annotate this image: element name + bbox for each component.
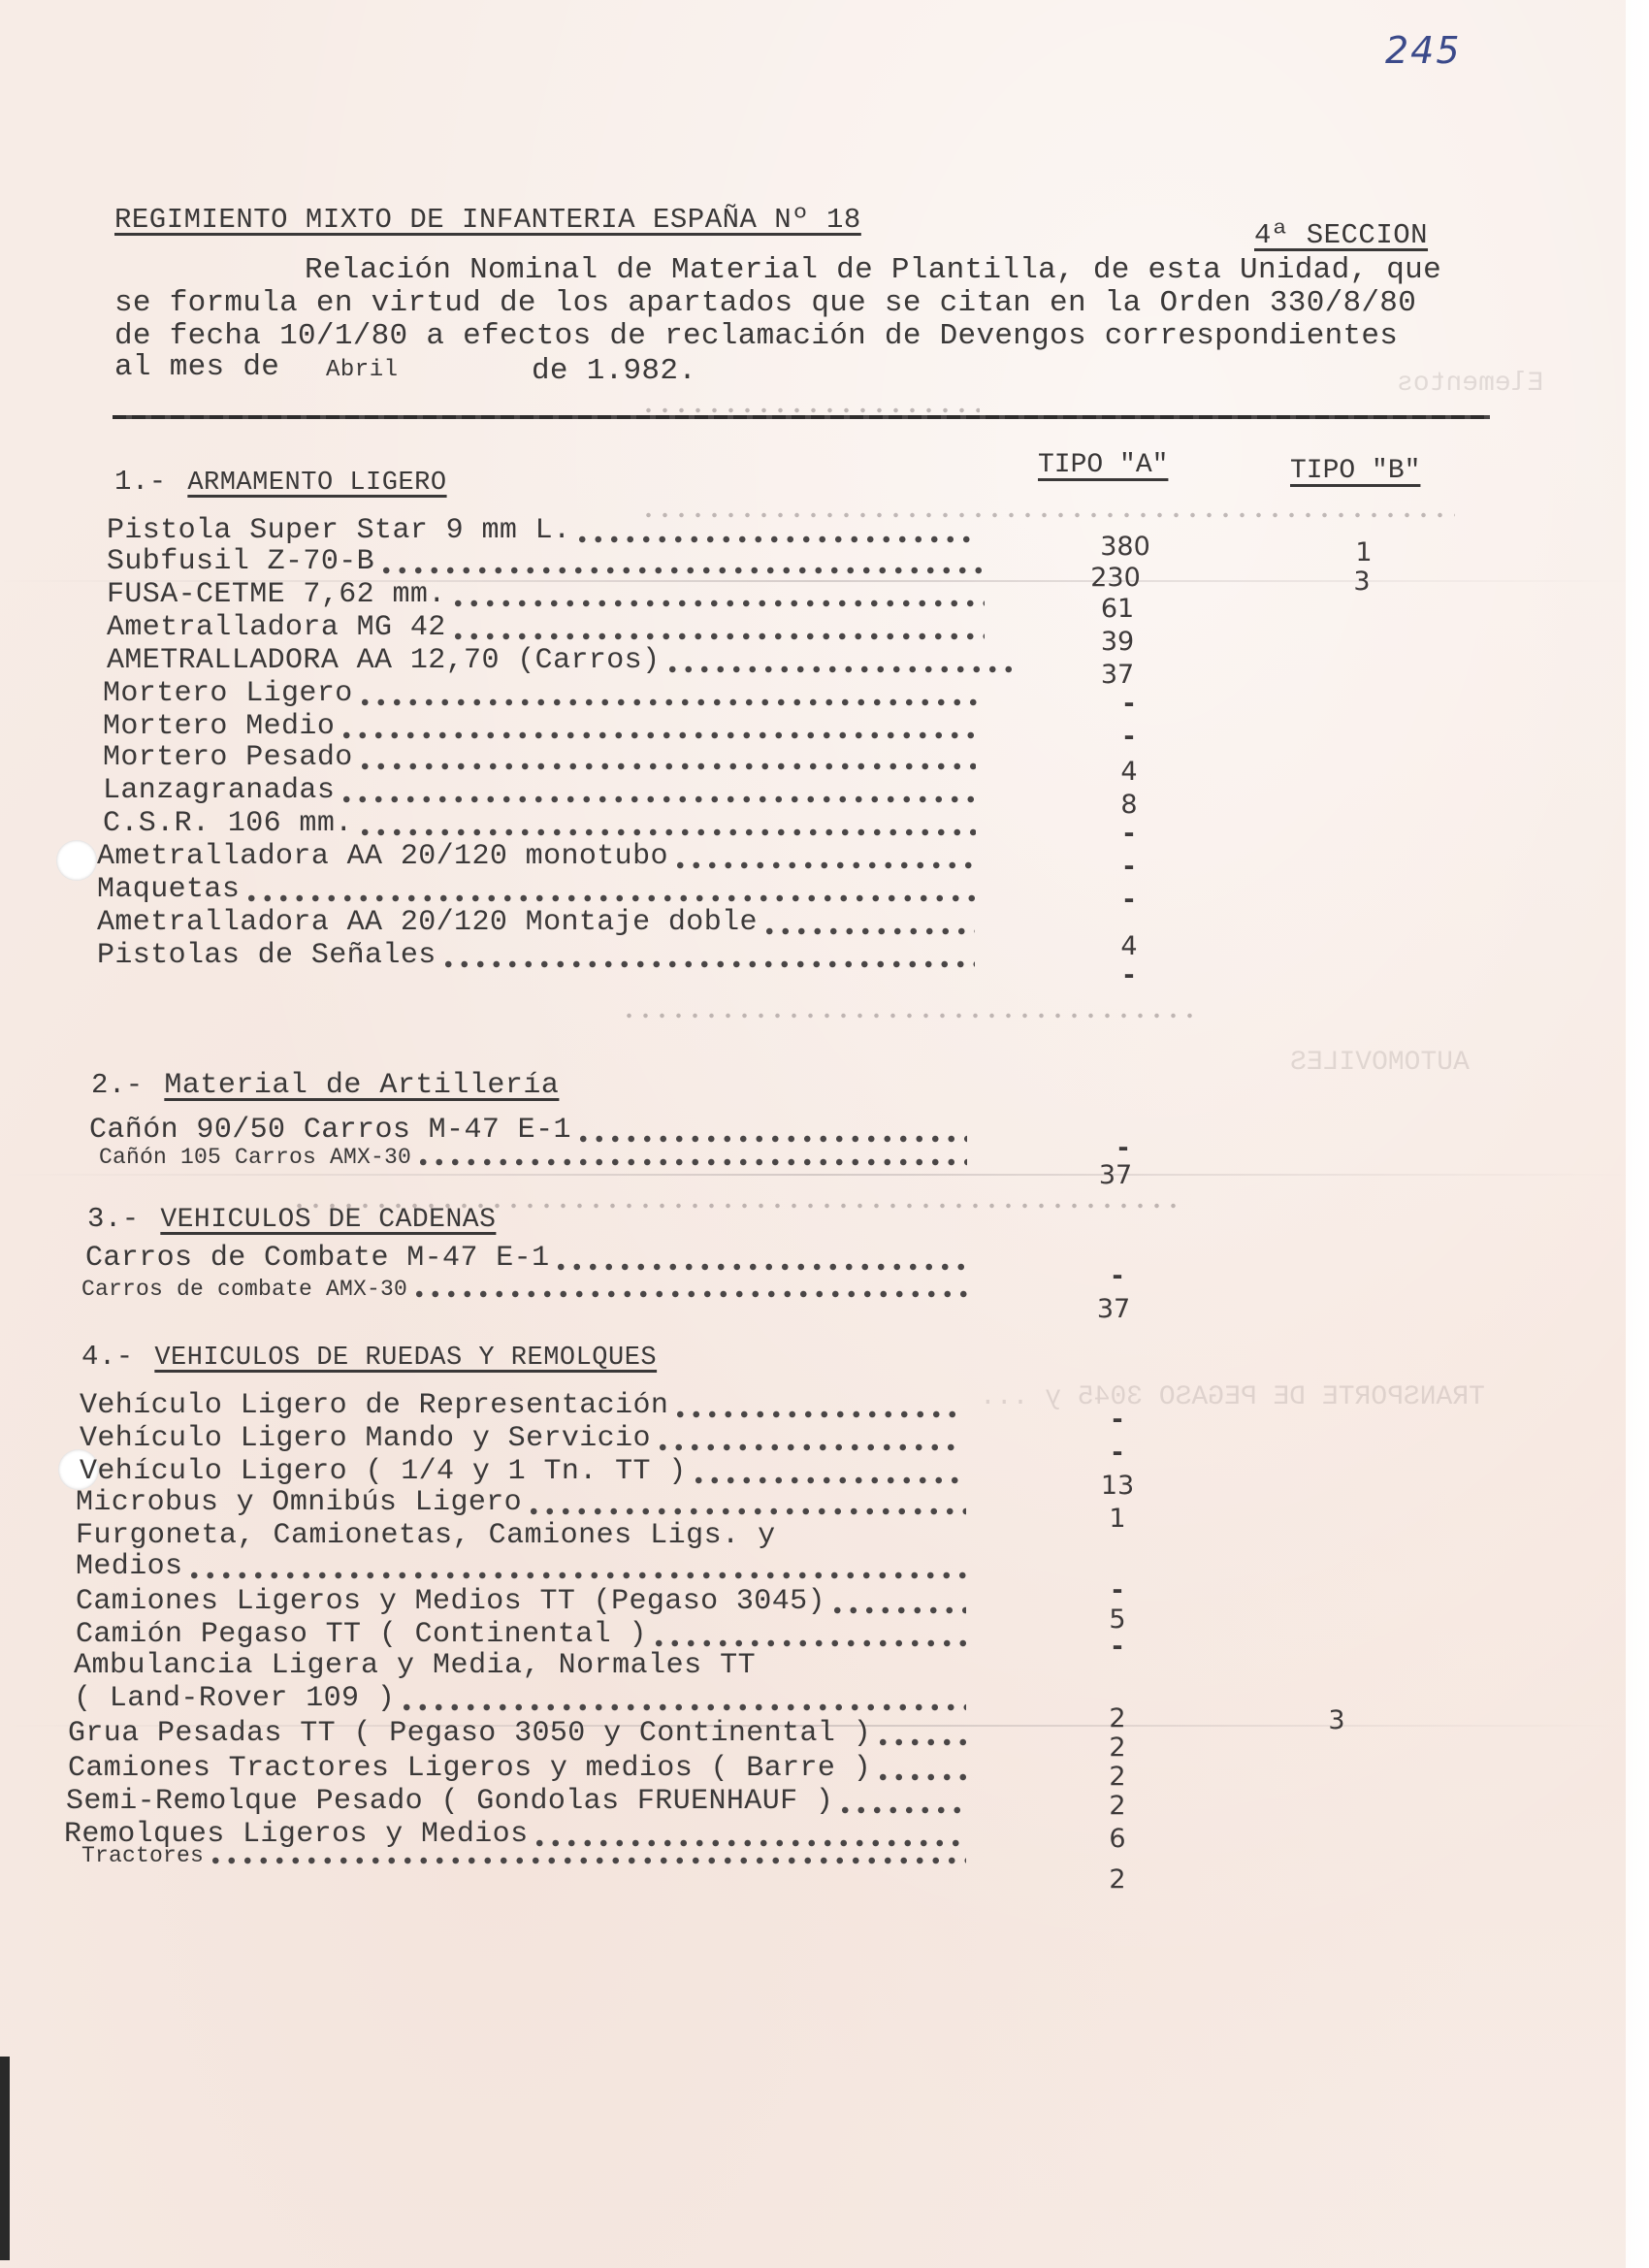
dot-leader (357, 762, 976, 770)
intro-line-2: se formula en virtud de los apartados qu… (114, 287, 1416, 320)
item-label: Grua Pesadas TT ( Pegaso 3050 y Continen… (68, 1717, 871, 1750)
item-label: Camión Pegaso TT ( Continental ) (76, 1618, 647, 1651)
tipo-a-value: - (1090, 960, 1168, 990)
item-label: FUSA-CETME 7,62 mm. (107, 578, 446, 611)
tipo-a-value: - (1090, 885, 1168, 915)
table-row: Vehículo Ligero Mando y Servicio (80, 1422, 960, 1455)
section-title: ARMAMENTO LIGERO (187, 469, 446, 498)
dot-leader (357, 828, 976, 836)
table-row-line1: Ambulancia Ligera y Media, Normales TT (74, 1649, 756, 1682)
dot-leader (339, 731, 976, 739)
item-label: Microbus y Omnibús Ligero (76, 1486, 522, 1519)
item-label: Ametralladora AA 20/120 monotubo (97, 840, 668, 873)
section-title: VEHICULOS DE RUEDAS Y REMOLQUES (154, 1344, 657, 1373)
table-row: Camiones Tractores Ligeros y medios ( Ba… (68, 1752, 966, 1785)
dot-leader (357, 698, 981, 706)
table-row: Semi-Remolque Pesado ( Gondolas FRUENHAU… (66, 1785, 966, 1818)
item-label: Vehículo Ligero ( 1/4 y 1 Tn. TT ) (80, 1455, 687, 1488)
dot-leader (243, 894, 975, 902)
item-label: Maquetas (97, 873, 240, 906)
table-row: Ametralladora MG 42 (107, 611, 985, 644)
dot-leader (450, 632, 985, 640)
dot-leader (526, 1507, 966, 1515)
tipo-a-value: - (1090, 852, 1168, 882)
tipo-a-value: 2 (1079, 1733, 1156, 1763)
tipo-a-value: 37 (1075, 1294, 1152, 1324)
section-number: 4.- (81, 1341, 134, 1373)
intro-line-3: de fecha 10/1/80 a efectos de reclamació… (114, 320, 1398, 353)
item-label: Tractores (81, 1843, 204, 1868)
table-row: FUSA-CETME 7,62 mm. (107, 578, 985, 611)
item-label: Furgoneta, Camionetas, Camiones Ligs. y (76, 1519, 776, 1552)
intro-month: Abril (326, 357, 399, 383)
header-divider (113, 415, 1490, 419)
dotted-line (621, 1013, 1193, 1019)
section-number: 2.- (91, 1069, 144, 1101)
dot-leader (378, 567, 985, 574)
table-row: Camión Pegaso TT ( Continental ) (76, 1618, 966, 1651)
intro-line-1: Relación Nominal de Material de Plantill… (305, 254, 1441, 287)
tipo-a-value: 380 (1086, 532, 1164, 562)
item-label: Cañón 90/50 Carros M-47 E-1 (89, 1114, 571, 1147)
dot-leader (575, 1135, 967, 1143)
tipo-a-value: - (1090, 722, 1168, 752)
tipo-a-value: 2 (1079, 1864, 1156, 1895)
section-1-heading: 1.- ARMAMENTO LIGERO (114, 466, 447, 498)
item-label: Vehículo Ligero de Representación (80, 1389, 668, 1422)
dot-leader (875, 1738, 966, 1746)
scan-edge (0, 2057, 10, 2260)
dot-leader (411, 1290, 968, 1298)
item-label: Cañón 105 Carros AMX-30 (99, 1145, 411, 1170)
section-title: VEHICULOS DE CADENAS (160, 1205, 496, 1235)
dot-leader (655, 1443, 960, 1451)
table-row: Carros de Combate M-47 E-1 (85, 1242, 968, 1275)
table-row-line1: Furgoneta, Camionetas, Camiones Ligs. y (76, 1519, 776, 1552)
item-label: Mortero Ligero (103, 677, 353, 710)
item-label: Medios (76, 1550, 182, 1583)
page-edge (1626, 0, 1649, 2268)
item-label: Ametralladora MG 42 (107, 611, 446, 644)
dot-leader (672, 861, 975, 869)
table-row: Medios (76, 1550, 966, 1583)
tipo-a-value: - (1079, 1438, 1156, 1468)
table-row: ( Land-Rover 109 ) (74, 1682, 966, 1715)
item-label: AMETRALLADORA AA 12,70 (Carros) (107, 644, 661, 677)
tipo-a-value: - (1090, 819, 1168, 849)
dot-leader (664, 665, 1015, 673)
tipo-a-value: 230 (1077, 563, 1154, 593)
tipo-a-value: 2 (1079, 1762, 1156, 1792)
item-label: Carros de combate AMX-30 (81, 1277, 407, 1302)
dot-leader (672, 1410, 960, 1418)
tipo-a-value: - (1079, 1261, 1156, 1291)
section-title: Material de Artillería (164, 1069, 559, 1102)
tipo-a-value: 37 (1079, 660, 1156, 690)
tipo-a-value: - (1084, 1133, 1162, 1163)
tipo-a-value: 6 (1079, 1824, 1156, 1854)
item-label: Vehículo Ligero Mando y Servicio (80, 1422, 651, 1455)
table-row: C.S.R. 106 mm. (103, 807, 976, 840)
item-label: Pistola Super Star 9 mm L. (107, 514, 570, 547)
dot-leader (691, 1476, 965, 1484)
item-label: Ametralladora AA 20/120 Montaje doble (97, 906, 758, 939)
item-label: Lanzagranadas (103, 774, 335, 807)
unit-title: REGIMIENTO MIXTO DE INFANTERIA ESPAÑA Nº… (114, 204, 861, 236)
dot-leader (574, 535, 970, 543)
tipo-a-value: 2 (1079, 1791, 1156, 1821)
dot-leader (450, 599, 985, 607)
tipo-a-value: 61 (1079, 594, 1156, 624)
table-row: Vehículo Ligero de Representación (80, 1389, 960, 1422)
intro-year: de 1.982. (532, 355, 696, 388)
dot-leader (399, 1703, 966, 1711)
item-label: Camiones Tractores Ligeros y medios ( Ba… (68, 1752, 871, 1785)
tipo-a-value: - (1079, 1632, 1156, 1662)
table-row: Pistola Super Star 9 mm L. (107, 514, 970, 547)
tipo-b-value: 3 (1298, 1705, 1375, 1735)
dot-leader (208, 1857, 966, 1864)
bleed-through-text: AUTOMOVILES (1290, 1048, 1470, 1078)
section-3-heading: 3.- VEHICULOS DE CADENAS (87, 1203, 496, 1235)
section-label: 4ª SECCION (1254, 219, 1428, 251)
intro-line-4-prefix: al mes de (114, 351, 279, 384)
section-number: 3.- (87, 1203, 140, 1235)
item-label: Pistolas de Señales (97, 939, 436, 972)
table-row: Maquetas (97, 873, 975, 906)
item-label: Camiones Ligeros y Medios TT (Pegaso 304… (76, 1585, 825, 1618)
table-row: AMETRALLADORA AA 12,70 (Carros) (107, 644, 1014, 677)
dot-leader (761, 927, 975, 935)
section-number: 1.- (114, 466, 167, 498)
dot-leader (829, 1606, 966, 1614)
dot-leader (837, 1806, 966, 1814)
column-header-tipo-a: TIPO "A" (1038, 450, 1168, 480)
table-row: Tractores (81, 1843, 966, 1868)
table-row: Lanzagranadas (103, 774, 976, 807)
dot-leader (553, 1263, 968, 1271)
tipo-a-value: 37 (1077, 1160, 1154, 1190)
table-row: Subfusil Z-70-B (107, 545, 985, 578)
table-row: Cañón 105 Carros AMX-30 (99, 1145, 967, 1170)
table-row: Ametralladora AA 20/120 Montaje doble (97, 906, 975, 939)
tipo-a-value: - (1090, 689, 1168, 719)
table-row: Cañón 90/50 Carros M-47 E-1 (89, 1114, 967, 1147)
paper-fold (0, 1174, 1630, 1176)
bleed-through-text: Elementos (1397, 369, 1543, 399)
dotted-line (640, 407, 980, 413)
item-label: Ambulancia Ligera y Media, Normales TT (74, 1649, 756, 1682)
item-label: ( Land-Rover 109 ) (74, 1682, 395, 1715)
tipo-a-value: - (1079, 1575, 1156, 1605)
section-4-heading: 4.- VEHICULOS DE RUEDAS Y REMOLQUES (81, 1341, 657, 1373)
tipo-a-value: - (1079, 1405, 1156, 1435)
dot-leader (186, 1571, 966, 1579)
page-number: 245 (1385, 29, 1462, 72)
dot-leader (339, 795, 976, 803)
table-row: Pistolas de Señales (97, 939, 975, 972)
item-label: Mortero Pesado (103, 741, 353, 774)
table-row: Vehículo Ligero ( 1/4 y 1 Tn. TT ) (80, 1455, 965, 1488)
item-label: Subfusil Z-70-B (107, 545, 374, 578)
dot-leader (875, 1773, 966, 1781)
dot-leader (440, 960, 975, 968)
tipo-a-value: 2 (1079, 1703, 1156, 1733)
table-row: Grua Pesadas TT ( Pegaso 3050 y Continen… (68, 1717, 966, 1750)
item-label: Carros de Combate M-47 E-1 (85, 1242, 549, 1275)
dot-leader (415, 1158, 967, 1166)
table-row: Mortero Pesado (103, 741, 976, 774)
table-row: Camiones Ligeros y Medios TT (Pegaso 304… (76, 1585, 966, 1618)
item-label: C.S.R. 106 mm. (103, 807, 353, 840)
bleed-through-text: TRANSPORTE DE PEGASO 3045 y ... (980, 1382, 1485, 1412)
tipo-a-value: 4 (1090, 757, 1168, 787)
section-2-heading: 2.- Material de Artillería (91, 1069, 559, 1102)
tipo-b-value: 3 (1323, 567, 1401, 597)
punch-hole (56, 840, 97, 881)
tipo-a-value: 8 (1090, 790, 1168, 820)
table-row: Ametralladora AA 20/120 monotubo (97, 840, 975, 873)
item-label: Semi-Remolque Pesado ( Gondolas FRUENHAU… (66, 1785, 833, 1818)
item-label: Mortero Medio (103, 710, 335, 743)
table-row: Mortero Ligero (103, 677, 981, 710)
column-header-tipo-b: TIPO "B" (1290, 456, 1420, 486)
tipo-a-value: 13 (1079, 1471, 1156, 1501)
table-row: Mortero Medio (103, 710, 976, 743)
tipo-a-value: 1 (1079, 1504, 1156, 1534)
dot-leader (651, 1639, 966, 1647)
table-row: Carros de combate AMX-30 (81, 1277, 968, 1302)
tipo-b-value: 1 (1325, 537, 1403, 567)
tipo-a-value: 39 (1079, 627, 1156, 657)
tipo-a-value: 5 (1079, 1604, 1156, 1635)
table-row: Microbus y Omnibús Ligero (76, 1486, 966, 1519)
tipo-a-value: 4 (1090, 931, 1168, 961)
